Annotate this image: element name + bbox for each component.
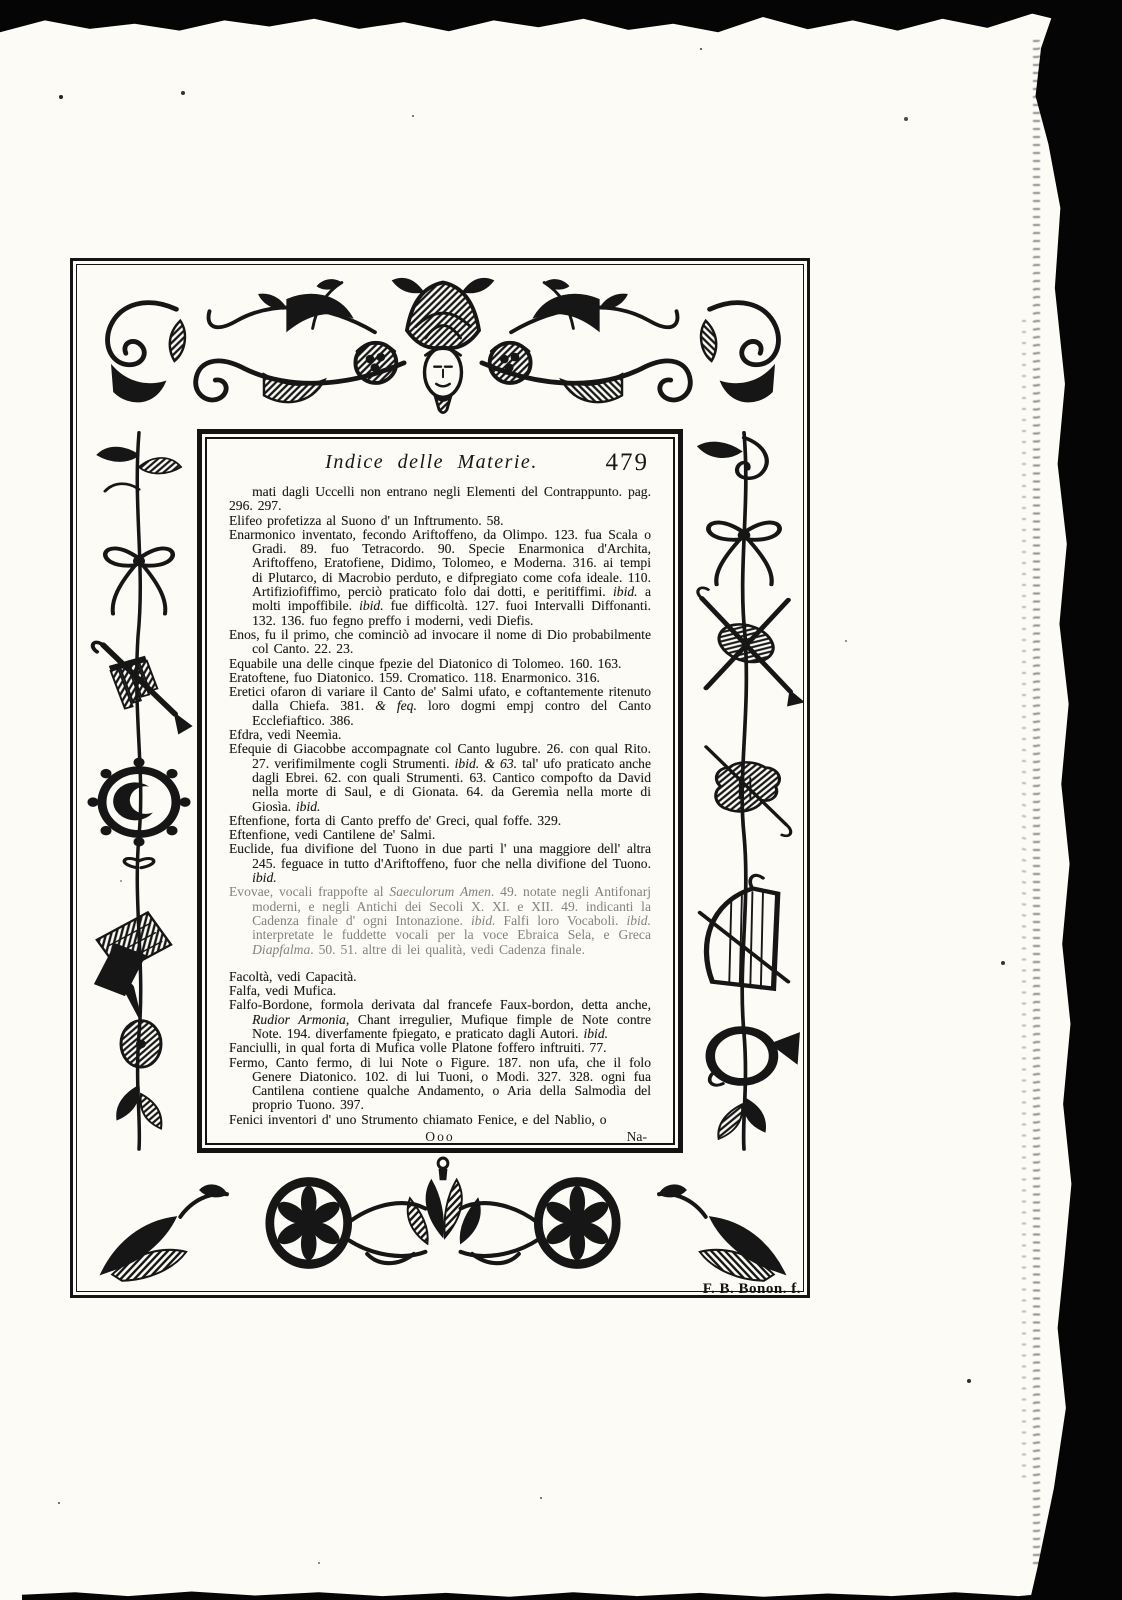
ornament-bottom	[83, 1155, 803, 1291]
catchline: Ooo Na-	[229, 1129, 651, 1145]
violin-bow-icon	[706, 747, 791, 836]
engraver-signature: F. B. Bonon. f.	[703, 1281, 801, 1298]
shell-cartouche-icon	[392, 278, 493, 348]
page-number: 479	[606, 449, 650, 477]
music-sheet-icon	[94, 912, 171, 996]
text-panel-inner: Indice delle Materie. 479 mati dagli Ucc…	[205, 437, 675, 1145]
corner-leaf-bunch-icon	[101, 1185, 227, 1281]
index-entry: Efdra, vedi Neemìa.	[229, 728, 651, 742]
index-entry: Fenici inventori d' uno Strumento chiama…	[229, 1113, 651, 1127]
index-entry: Eftenfione, vedi Cantilene de' Salmi.	[229, 828, 651, 842]
index-entry: Eratoftene, fuo Diatonico. 159. Cromatic…	[229, 671, 651, 685]
face-mask-icon	[425, 348, 462, 413]
index-entry: Facoltà, vedi Capacità.	[229, 970, 651, 984]
index-entry: Fermo, Canto fermo, di lui Note o Figure…	[229, 1056, 651, 1113]
finial-icon	[438, 1158, 448, 1180]
index-entry: Enarmonico inventato, fecondo Ariftoffen…	[229, 528, 651, 628]
index-entry: Fanciulli, in qual forta di Mufica volle…	[229, 1041, 651, 1055]
palmette-icon	[367, 1180, 519, 1263]
acanthus-scroll-icon	[698, 438, 767, 479]
text-panel: Indice delle Materie. 479 mati dagli Ucc…	[197, 429, 683, 1153]
page-heading: Indice delle Materie. 479	[229, 447, 651, 481]
ornament-top	[83, 271, 803, 426]
index-entry: Eretici ofaron di variare il Canto de' S…	[229, 685, 651, 728]
hunting-horn-icon	[710, 1029, 799, 1086]
index-entry: Enos, fu il primo, che cominciò ad invoc…	[229, 628, 651, 657]
scanned-book-page: Indice delle Materie. 479 mati dagli Ucc…	[0, 0, 1122, 1600]
lute-icon	[698, 588, 803, 706]
acanthus-scroll-icon	[108, 279, 405, 402]
ornament-left	[83, 429, 195, 1151]
engraved-border-frame: Indice delle Materie. 479 mati dagli Ucc…	[70, 258, 810, 1298]
index-entry: Evovae, vocali frappofte al Saeculorum A…	[229, 885, 651, 956]
index-entry: Eftenfione, forta di Canto preffo de' Gr…	[229, 814, 651, 828]
scan-edge-speckle	[1022, 320, 1026, 1480]
acanthus-scroll-icon	[348, 1239, 539, 1255]
panpipes-icon	[109, 656, 161, 709]
scan-edge-speckle	[1033, 40, 1040, 1570]
index-entry: Euclide, fua divifione del Tuono in due …	[229, 842, 651, 885]
index-entry: Falfo-Bordone, formola derivata dal fran…	[229, 998, 651, 1041]
index-entry: mati dagli Uccelli non entrano negli Ele…	[229, 485, 651, 514]
index-entry: Equabile una delle cinque fpezie del Dia…	[229, 657, 651, 671]
index-entry: Falfa, vedi Mufica.	[229, 984, 651, 998]
page-title: Indice delle Materie.	[325, 451, 538, 474]
index-entries: mati dagli Uccelli non entrano negli Ele…	[229, 485, 651, 1127]
index-entry: Efequie di Giacobbe accompagnate col Can…	[229, 742, 651, 813]
ornament-right	[685, 429, 803, 1151]
catchword: Na-	[627, 1129, 647, 1145]
index-entry: Elifeo profetizza al Suono d' un Inftrum…	[229, 514, 651, 528]
rosette-wreath-icon	[270, 1182, 348, 1264]
gathering-signature: Ooo	[425, 1129, 454, 1145]
